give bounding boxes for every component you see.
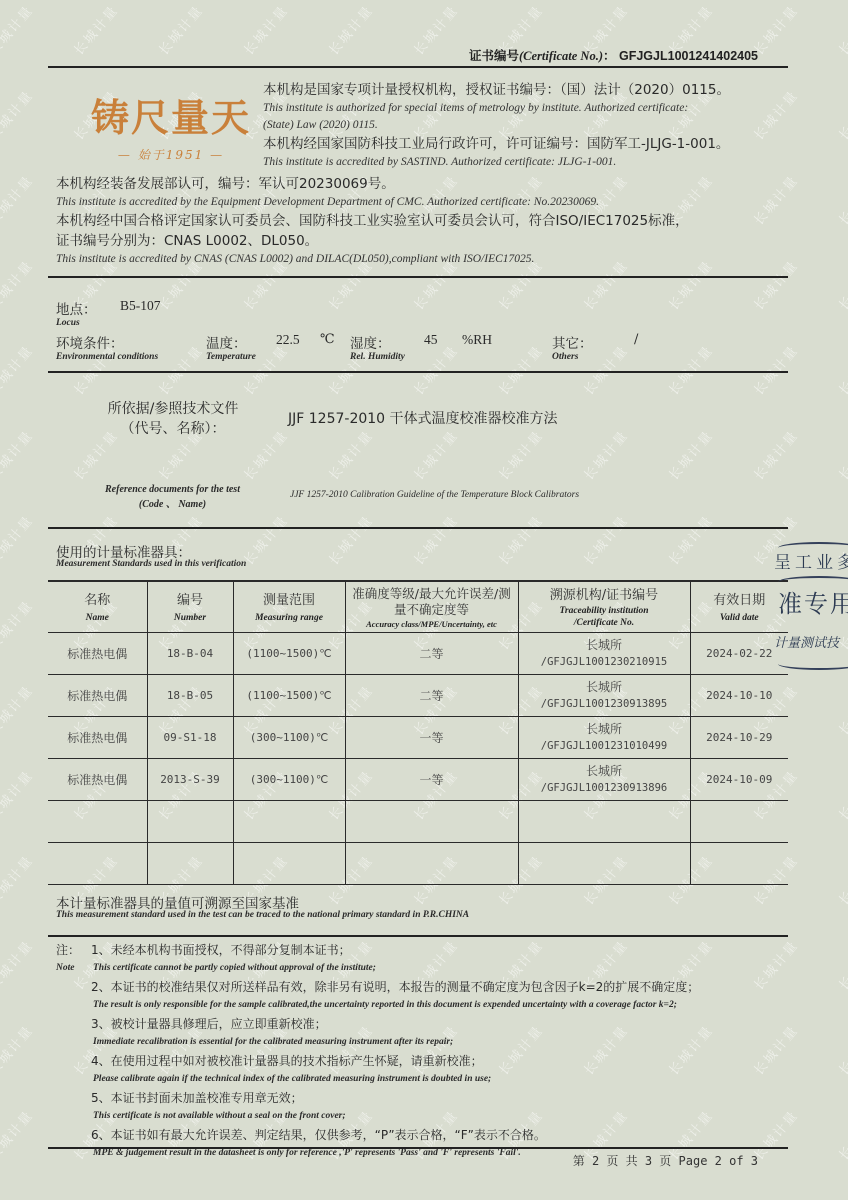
watermark-text: 长城计量: [0, 425, 37, 483]
note-text-zh: 5、本证书封面未加盖校准专用章无效；: [91, 1091, 303, 1105]
reference-value-en: JJF 1257-2010 Calibration Guideline of t…: [290, 490, 579, 500]
col-name-en: Name: [48, 613, 147, 623]
cell-traceability: 长城所/GFJGJL1001231010499: [518, 717, 690, 759]
note-item-en: NoteThis certificate cannot be partly co…: [56, 960, 816, 977]
location-value: B5-107: [120, 298, 161, 314]
col-accuracy-zh: 准确度等级/最大允许误差/测量不确定度等: [346, 586, 518, 618]
traceability-cert-no: /GFJGJL1001230913895: [519, 696, 690, 712]
others-label: 其它：: [552, 332, 593, 352]
env-label-en: Environmental conditions: [56, 352, 158, 362]
note-text-en: The result is only responsible for the s…: [93, 1000, 677, 1010]
logo: 铸尺量天 — 始于1951 —: [86, 96, 256, 163]
note-item-en: Please calibrate again if the technical …: [56, 1071, 816, 1088]
watermark-text: 长城计量: [833, 85, 848, 143]
cell-range: (1100~1500)℃: [233, 633, 345, 675]
watermark-text: 长城计量: [0, 1105, 37, 1163]
stamp-arc-bottom: [778, 658, 848, 670]
intro-line-4-zh-a: 本机构经中国合格评定国家认可委员会、国防科技工业实验室认可委员会认可，符合ISO…: [56, 211, 796, 231]
traceability-cert-no: /GFJGJL1001230210915: [519, 654, 690, 670]
empty-cell: [690, 843, 788, 885]
note-item-en: The result is only responsible for the s…: [56, 997, 816, 1014]
standards-table-header: 名称Name 编号Number 测量范围Measuring range 准确度等…: [48, 581, 788, 633]
cell-number: 18-B-04: [147, 633, 233, 675]
cell-name: 标准热电偶: [48, 633, 147, 675]
note-tag-en: Note: [56, 960, 74, 977]
note-text-en: Please calibrate again if the technical …: [93, 1074, 491, 1084]
standards-subtitle: Measurement Standards used in this verif…: [56, 559, 246, 569]
notes: 注：1、未经本机构书面授权，不得部分复制本证书；NoteThis certifi…: [56, 940, 816, 1162]
table-row-empty: [48, 843, 788, 885]
empty-cell: [233, 801, 345, 843]
empty-cell: [690, 801, 788, 843]
stamp-line-3: 计量测试技: [774, 632, 839, 651]
intro-line-2-zh: 本机构经国家国防科技工业局行政许可，许可证编号：国防军工-JLJG-1-001。: [263, 134, 783, 154]
header-divider: [48, 66, 788, 68]
reference-value-zh: JJF 1257-2010 干体式温度校准器校准方法: [288, 408, 558, 428]
watermark-text: 长城计量: [0, 0, 37, 58]
watermark-text: 长城计量: [0, 85, 37, 143]
intro-line-1-en-a: This institute is authorized for special…: [263, 100, 783, 117]
watermark-text: 长城计量: [833, 850, 848, 908]
watermark-text: 长城计量: [833, 425, 848, 483]
col-name: 名称Name: [48, 581, 147, 633]
note-text-en: This certificate is not available withou…: [93, 1111, 346, 1121]
watermark-text: 长城计量: [833, 255, 848, 313]
col-traceability-zh: 溯源机构/证书编号: [519, 587, 690, 604]
stamp-line-1: 呈工业多: [774, 548, 848, 573]
col-name-zh: 名称: [48, 592, 147, 609]
watermark-text: 长城计量: [833, 765, 848, 823]
watermark-text: 长城计量: [0, 935, 37, 993]
note-text-en: MPE & judgement result in the datasheet …: [93, 1148, 521, 1158]
watermark-text: 长城计量: [663, 510, 716, 568]
col-range-en: Measuring range: [234, 613, 345, 623]
humidity-unit: %RH: [462, 332, 492, 348]
reference-label-en-a: Reference documents for the test: [90, 482, 255, 497]
env-label: 环境条件：: [56, 332, 124, 352]
cert-label-en: (Certificate No.): [519, 49, 603, 63]
empty-cell: [48, 801, 147, 843]
stamp-line-2: 准专用: [778, 584, 848, 619]
page-indicator: 第 2 页 共 3 页 Page 2 of 3: [573, 1152, 758, 1169]
empty-cell: [233, 843, 345, 885]
traceability-statement-zh: 本计量标准器具的量值可溯源至国家基准: [56, 892, 299, 912]
note-item-en: This certificate is not available withou…: [56, 1108, 816, 1125]
watermark-text: 长城计量: [833, 935, 848, 993]
traceability-institution: 长城所: [519, 679, 690, 696]
note-text-zh: 4、在使用过程中如对被校准计量器具的技术指标产生怀疑，请重新校准；: [91, 1054, 483, 1068]
reference-divider: [48, 527, 788, 529]
reference-label-zh-a: 所依据/参照技术文件: [98, 399, 248, 419]
table-row: 标准热电偶18-B-05(1100~1500)℃二等长城所/GFJGJL1001…: [48, 675, 788, 717]
intro-line-4-en: This institute is accredited by CNAS (CN…: [56, 251, 796, 268]
empty-cell: [345, 843, 518, 885]
cell-number: 18-B-05: [147, 675, 233, 717]
watermark-text: 长城计量: [748, 425, 801, 483]
empty-cell: [147, 801, 233, 843]
watermark-text: 长城计量: [408, 0, 461, 58]
note-item-en: Immediate recalibration is essential for…: [56, 1034, 816, 1051]
watermark-text: 长城计量: [68, 0, 121, 58]
cell-traceability: 长城所/GFJGJL1001230913896: [518, 759, 690, 801]
watermark-text: 长城计量: [833, 1020, 848, 1078]
cert-no-value: GFJGJL1001241402405: [619, 49, 758, 63]
table-row: 标准热电偶2013-S-39(300~1100)℃一等长城所/GFJGJL100…: [48, 759, 788, 801]
intro-line-3-zh: 本机构经装备发展部认可，编号：军认可20230069号。: [56, 174, 796, 194]
note-text-zh: 2、本证书的校准结果仅对所送样品有效，除非另有说明，本报告的测量不确定度为包含因…: [91, 980, 699, 994]
watermark-text: 长城计量: [0, 510, 37, 568]
col-accuracy-en: Accuracy class/MPE/Uncertainty, etc: [346, 619, 518, 629]
others-label-en: Others: [552, 352, 578, 362]
note-item-zh: 6、本证书如有最大允许误差、判定结果，仅供参考，“P”表示合格，“F”表示不合格…: [56, 1125, 816, 1145]
reference-label-zh-b: （代号、名称）：: [98, 419, 248, 439]
cell-valid-date: 2024-10-29: [690, 717, 788, 759]
env-divider: [48, 371, 788, 373]
intro-line-1-en-b: (State) Law (2020) 0115.: [263, 117, 783, 134]
col-traceability: 溯源机构/证书编号Traceability institution/Certif…: [518, 581, 690, 633]
humidity-label-en: Rel. Humidity: [350, 352, 405, 362]
intro-line-2-en: This institute is accredited by SASTIND.…: [263, 154, 783, 171]
watermark-text: 长城计量: [408, 510, 461, 568]
note-text-zh: 1、未经本机构书面授权，不得部分复制本证书；: [91, 943, 351, 957]
traceability-institution: 长城所: [519, 721, 690, 738]
standards-title: 使用的计量标准器具：: [56, 541, 191, 561]
cell-range: (300~1100)℃: [233, 717, 345, 759]
note-tag-zh: 注：: [56, 940, 80, 960]
watermark-text: 长城计量: [0, 850, 37, 908]
watermark-text: 长城计量: [0, 765, 37, 823]
cell-number: 2013-S-39: [147, 759, 233, 801]
col-range-zh: 测量范围: [234, 592, 345, 609]
watermark-text: 长城计量: [323, 425, 376, 483]
col-number: 编号Number: [147, 581, 233, 633]
cell-name: 标准热电偶: [48, 717, 147, 759]
table-row: 标准热电偶18-B-04(1100~1500)℃二等长城所/GFJGJL1001…: [48, 633, 788, 675]
temp-value: 22.5: [276, 332, 300, 348]
cell-valid-date: 2024-10-09: [690, 759, 788, 801]
temp-label: 温度：: [206, 332, 247, 352]
cert-sep: ：: [603, 49, 616, 63]
institute-intro: 本机构是国家专项计量授权机构，授权证书编号：（国）法计（2020）0115。 T…: [263, 80, 783, 171]
traceability-cert-no: /GFJGJL1001231010499: [519, 738, 690, 754]
cell-range: (1100~1500)℃: [233, 675, 345, 717]
cell-number: 09-S1-18: [147, 717, 233, 759]
traceability-institution: 长城所: [519, 637, 690, 654]
note-item-zh: 5、本证书封面未加盖校准专用章无效；: [56, 1088, 816, 1108]
logo-sub-text: — 始于1951 —: [86, 146, 256, 163]
table-row: 标准热电偶09-S1-18(300~1100)℃一等长城所/GFJGJL1001…: [48, 717, 788, 759]
cell-accuracy: 一等: [345, 717, 518, 759]
col-number-zh: 编号: [148, 592, 233, 609]
cell-traceability: 长城所/GFJGJL1001230913895: [518, 675, 690, 717]
empty-cell: [48, 843, 147, 885]
intro-line-1-zh: 本机构是国家专项计量授权机构，授权证书编号：（国）法计（2020）0115。: [263, 80, 783, 100]
empty-cell: [518, 801, 690, 843]
accreditation-block: 本机构经装备发展部认可，编号：军认可20230069号。 This instit…: [56, 174, 796, 268]
calibration-stamp: 呈工业多 准专用 计量测试技: [770, 540, 848, 690]
intro-line-4-zh-b: 证书编号分别为：CNAS L0002、DL050。: [56, 231, 796, 251]
col-traceability-en2: /Certificate No.: [519, 618, 690, 628]
watermark-text: 长城计量: [0, 595, 37, 653]
intro-divider: [48, 276, 788, 278]
temp-unit: ℃: [320, 332, 335, 347]
watermark-text: 长城计量: [833, 170, 848, 228]
watermark-text: 长城计量: [238, 510, 291, 568]
watermark-text: 长城计量: [578, 510, 631, 568]
watermark-text: 长城计量: [323, 510, 376, 568]
watermark-text: 长城计量: [408, 425, 461, 483]
traceability-institution: 长城所: [519, 763, 690, 780]
cell-accuracy: 二等: [345, 675, 518, 717]
col-range: 测量范围Measuring range: [233, 581, 345, 633]
note-text-zh: 3、被校计量器具修理后，应立即重新校准；: [91, 1017, 327, 1031]
watermark-text: 长城计量: [0, 340, 37, 398]
note-item-zh: 2、本证书的校准结果仅对所送样品有效，除非另有说明，本报告的测量不确定度为包含因…: [56, 977, 816, 997]
watermark-text: 长城计量: [323, 0, 376, 58]
watermark-text: 长城计量: [578, 425, 631, 483]
reference-label-en: Reference documents for the test (Code 、…: [90, 482, 255, 512]
note-text-en: Immediate recalibration is essential for…: [93, 1037, 453, 1047]
location-label-en: Locus: [56, 318, 80, 328]
col-traceability-en: Traceability institution: [519, 606, 690, 616]
traceability-cert-no: /GFJGJL1001230913896: [519, 780, 690, 796]
logo-main-text: 铸尺量天: [86, 96, 256, 140]
footer-divider: [48, 1147, 788, 1149]
note-text-en: This certificate cannot be partly copied…: [93, 963, 376, 973]
watermark-text: 长城计量: [833, 0, 848, 58]
watermark-text: 长城计量: [0, 680, 37, 738]
empty-cell: [147, 843, 233, 885]
note-text-zh: 6、本证书如有最大允许误差、判定结果，仅供参考，“P”表示合格，“F”表示不合格…: [91, 1128, 546, 1142]
watermark-text: 长城计量: [833, 1105, 848, 1163]
humidity-label: 湿度：: [350, 332, 391, 352]
traceability-statement-en: This measurement standard used in the te…: [56, 910, 469, 920]
note-item-zh: 注：1、未经本机构书面授权，不得部分复制本证书；: [56, 940, 816, 960]
certificate-number: 证书编号(Certificate No.)： GFJGJL10012414024…: [469, 46, 758, 64]
table-row-empty: [48, 801, 788, 843]
empty-cell: [518, 843, 690, 885]
col-accuracy: 准确度等级/最大允许误差/测量不确定度等Accuracy class/MPE/U…: [345, 581, 518, 633]
location-environment: 地点： B5-107 Locus 环境条件： 温度： 22.5 ℃ 湿度： 45…: [56, 298, 796, 368]
watermark-text: 长城计量: [153, 0, 206, 58]
watermark-text: 长城计量: [663, 425, 716, 483]
cell-traceability: 长城所/GFJGJL1001230210915: [518, 633, 690, 675]
cert-label-zh: 证书编号: [469, 48, 519, 63]
location-label: 地点：: [56, 298, 97, 318]
humidity-value: 45: [424, 332, 438, 348]
watermark-text: 长城计量: [238, 0, 291, 58]
watermark-text: 长城计量: [493, 510, 546, 568]
standards-table: 名称Name 编号Number 测量范围Measuring range 准确度等…: [48, 580, 788, 885]
col-number-en: Number: [148, 613, 233, 623]
watermark-text: 长城计量: [0, 255, 37, 313]
watermark-text: 长城计量: [0, 1020, 37, 1078]
watermark-text: 长城计量: [493, 425, 546, 483]
cell-range: (300~1100)℃: [233, 759, 345, 801]
reference-label-en-b: (Code 、 Name): [90, 497, 255, 512]
temp-label-en: Temperature: [206, 352, 256, 362]
cell-name: 标准热电偶: [48, 675, 147, 717]
note-item-zh: 3、被校计量器具修理后，应立即重新校准；: [56, 1014, 816, 1034]
notes-divider: [48, 935, 788, 937]
cell-accuracy: 二等: [345, 633, 518, 675]
watermark-text: 长城计量: [833, 340, 848, 398]
reference-label-zh: 所依据/参照技术文件 （代号、名称）：: [98, 399, 248, 439]
intro-line-3-en: This institute is accredited by the Equi…: [56, 194, 796, 211]
watermark-text: 长城计量: [0, 170, 37, 228]
others-value: /: [634, 332, 638, 347]
empty-cell: [345, 801, 518, 843]
cell-name: 标准热电偶: [48, 759, 147, 801]
note-item-zh: 4、在使用过程中如对被校准计量器具的技术指标产生怀疑，请重新校准；: [56, 1051, 816, 1071]
cell-accuracy: 一等: [345, 759, 518, 801]
